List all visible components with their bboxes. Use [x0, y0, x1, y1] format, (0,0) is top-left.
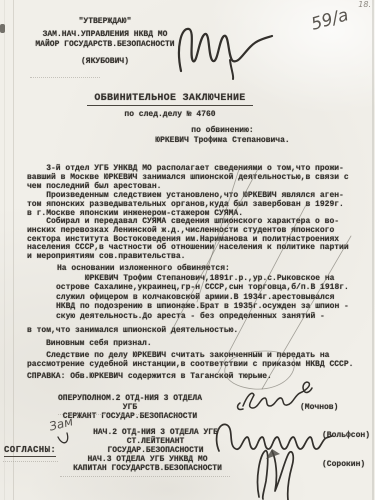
charge-line: в том,что занимался шпионской деятельнос…	[27, 327, 367, 336]
approval-stamp: "УТВЕРЖДАЮ"	[20, 18, 190, 27]
scan-left-edge-line	[13, 0, 14, 500]
spravka-line: СПРАВКА: Обв.ЮРКЕВИЧ содержится в Таганс…	[27, 373, 367, 382]
accused-name: ЮРКЕВИЧ Трофима Степановича.	[115, 137, 330, 146]
signatory-2-name: (Вольфсон)	[322, 432, 370, 441]
paragraph-3: Собирал и передавал СУЯМА сведения шпион…	[27, 218, 367, 262]
document-title-text: ОБВИНИТЕЛЬНОЕ ЗАКЛЮЧЕНИЕ	[87, 95, 252, 106]
sorokin-signature	[258, 449, 294, 500]
approval-name: (ЯКУБОВИЧ)	[20, 58, 190, 67]
document-title: ОБВИНИТЕЛЬНОЕ ЗАКЛЮЧЕНИЕ	[50, 95, 290, 106]
accusation-intro: На основании изложенного обвиняется:	[57, 265, 357, 274]
confession-line: Виновным себя признал.	[46, 340, 346, 349]
faint-dotted-line	[58, 414, 193, 415]
scan-left-edge-line-faint	[4, 0, 5, 500]
signatory-1-role: ОПЕРУПОЛНОМ.2 ОТД-НИЯ 3 ОТДЕЛА УГБ СЕРЖА…	[55, 394, 205, 422]
scanned-document-page: 18. 59/а "УТВЕРЖДАЮ" ЗАМ.НАЧ.УПРАВЛЕНИЯ …	[0, 0, 375, 500]
agree-label: СОГЛАСНЫ:	[4, 446, 56, 457]
signatory-1-name: (Мочнов)	[300, 404, 338, 413]
scan-right-edge-line	[372, 0, 374, 500]
paragraph-1: 3-й отдел УГБ УНКВД МО располагает сведе…	[27, 165, 367, 191]
accused-biography: ЮРКЕВИЧ Трофим Степанович,1891г.р.,ур.с.…	[56, 274, 360, 321]
signatory-2-role: НАЧ.2 ОТД-НИЯ 3 ОТДЕЛА УГБ СТ.ЛЕЙТЕНАНТ …	[78, 428, 233, 456]
approval-department: ЗАМ.НАЧ.УПРАВЛЕНИЯ НКВД МО МАЙОР ГОСУДАР…	[20, 30, 190, 49]
faint-dotted-line	[30, 77, 100, 78]
signatory-3-name: (Сорокин)	[322, 461, 365, 470]
archive-margin-note: 59/а	[309, 5, 351, 35]
zam-handwritten-note: Зам	[48, 414, 75, 433]
yakubovich-signature	[179, 29, 272, 79]
sorokin-arrow-mark	[266, 449, 280, 459]
signatory-3-role: НАЧ.3 ОТДЕЛА УГБ УНКВД МО КАПИТАН ГОСУДА…	[60, 455, 235, 473]
page-number-note: 18.	[358, 0, 371, 9]
case-number-line: по след.делу № 4760	[50, 111, 290, 120]
scan-edge-blot	[0, 24, 5, 33]
faint-dotted-line	[60, 476, 230, 477]
closing-paragraph: Следствие по делу ЮРКЕВИЧ считать законч…	[27, 352, 369, 370]
paragraph-2: Произведенным следствием установлено,что…	[27, 192, 367, 218]
accused-label: по обвинению:	[115, 127, 330, 136]
faint-dotted-line	[3, 461, 58, 462]
zam-flourish	[58, 433, 68, 443]
